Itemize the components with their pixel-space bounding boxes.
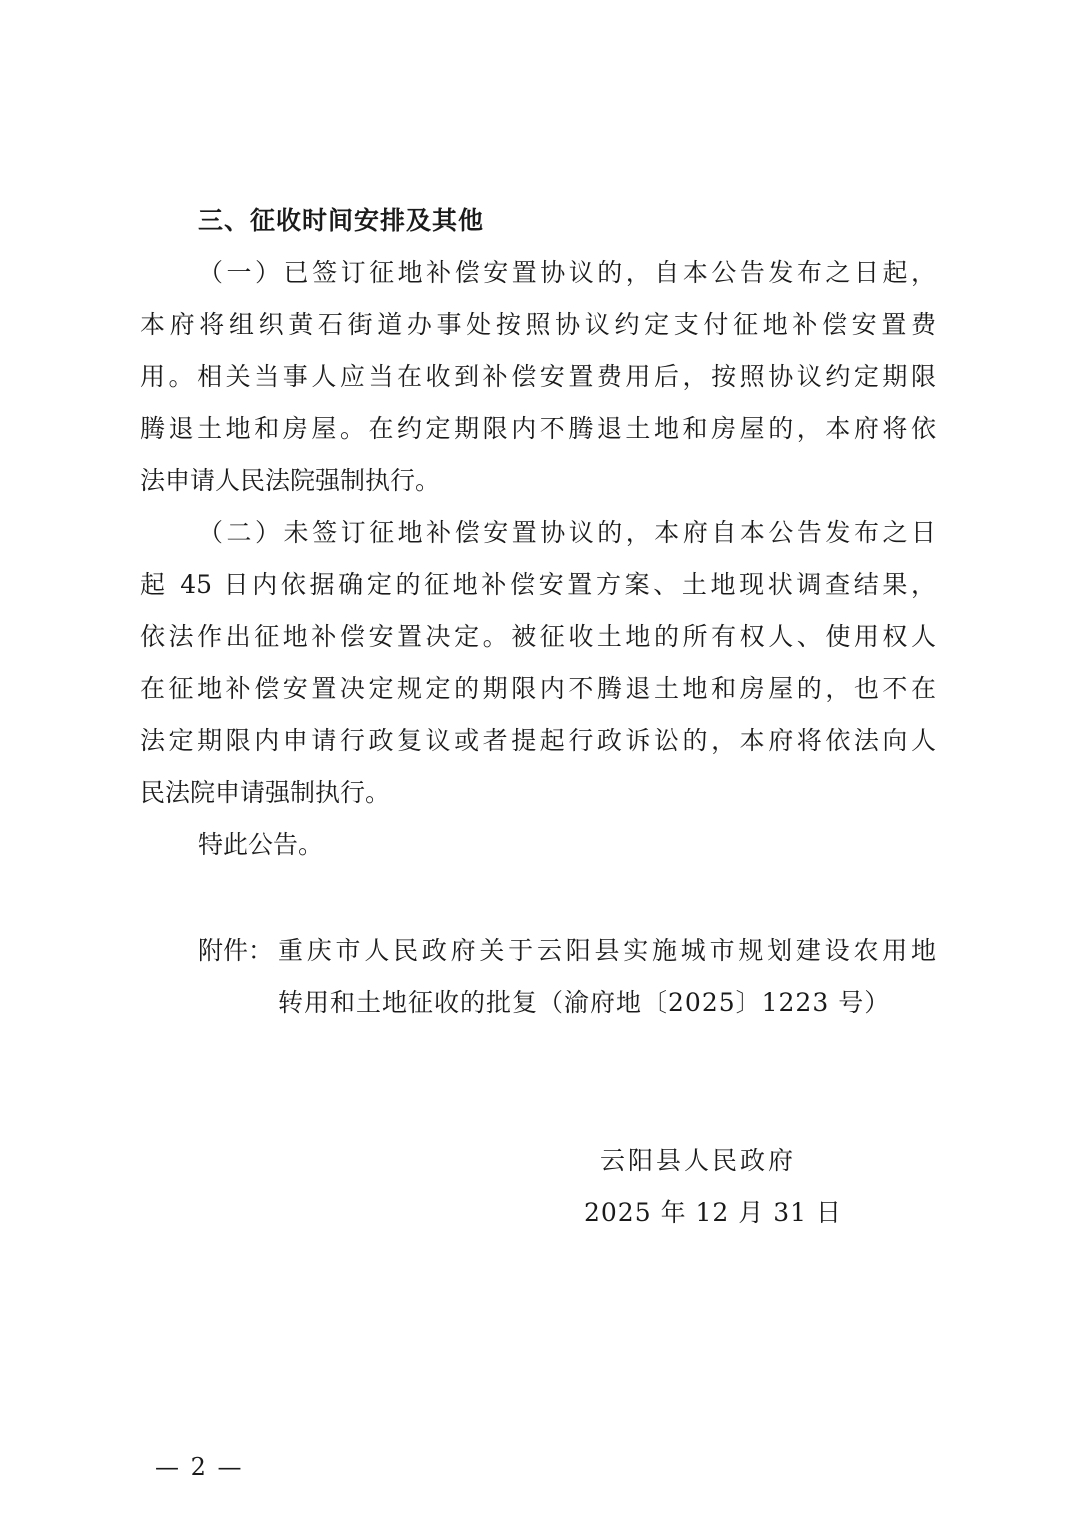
paragraph-1-line-1: （一）已签订征地补偿安置协议的，自本公告发布之日起，	[198, 253, 936, 293]
paragraph-2-line-1: （二）未签订征地补偿安置协议的，本府自本公告发布之日	[198, 513, 936, 553]
paragraph-2-line-6: 民法院申请强制执行。	[140, 773, 390, 813]
closing-statement: 特此公告。	[198, 825, 936, 865]
paragraph-1-line-2: 本府将组织黄石街道办事处按照协议约定支付征地补偿安置费	[140, 305, 936, 345]
paragraph-1-line-5: 法申请人民法院强制执行。	[140, 461, 440, 501]
paragraph-1-line-4: 腾退土地和房屋。在约定期限内不腾退土地和房屋的，本府将依	[140, 409, 936, 449]
paragraph-2-line-3: 依法作出征地补偿安置决定。被征收土地的所有权人、使用权人	[140, 617, 936, 657]
paragraph-2-line-2: 起 45 日内依据确定的征地补偿安置方案、土地现状调查结果，	[140, 565, 936, 605]
attachment-title-line-1: 重庆市人民政府关于云阳县实施城市规划建设农用地	[278, 931, 936, 971]
attachment-title-line-2: 转用和土地征收的批复（渝府地〔2025〕1223 号）	[278, 983, 890, 1023]
page-number: — 2 —	[155, 1452, 244, 1482]
document-page: 三、征收时间安排及其他 （一）已签订征地补偿安置协议的，自本公告发布之日起， 本…	[0, 0, 1074, 1520]
paragraph-2-line-5: 法定期限内申请行政复议或者提起行政诉讼的，本府将依法向人	[140, 721, 936, 761]
paragraph-1-line-3: 用。相关当事人应当在收到补偿安置费用后，按照协议约定期限	[140, 357, 936, 397]
paragraph-2-line-4: 在征地补偿安置决定规定的期限内不腾退土地和房屋的，也不在	[140, 669, 936, 709]
section-heading: 三、征收时间安排及其他	[198, 201, 484, 241]
signature-date: 2025 年 12 月 31 日	[584, 1193, 842, 1233]
attachment-label: 附件：	[198, 931, 273, 971]
signature-organization: 云阳县人民政府	[600, 1141, 796, 1181]
